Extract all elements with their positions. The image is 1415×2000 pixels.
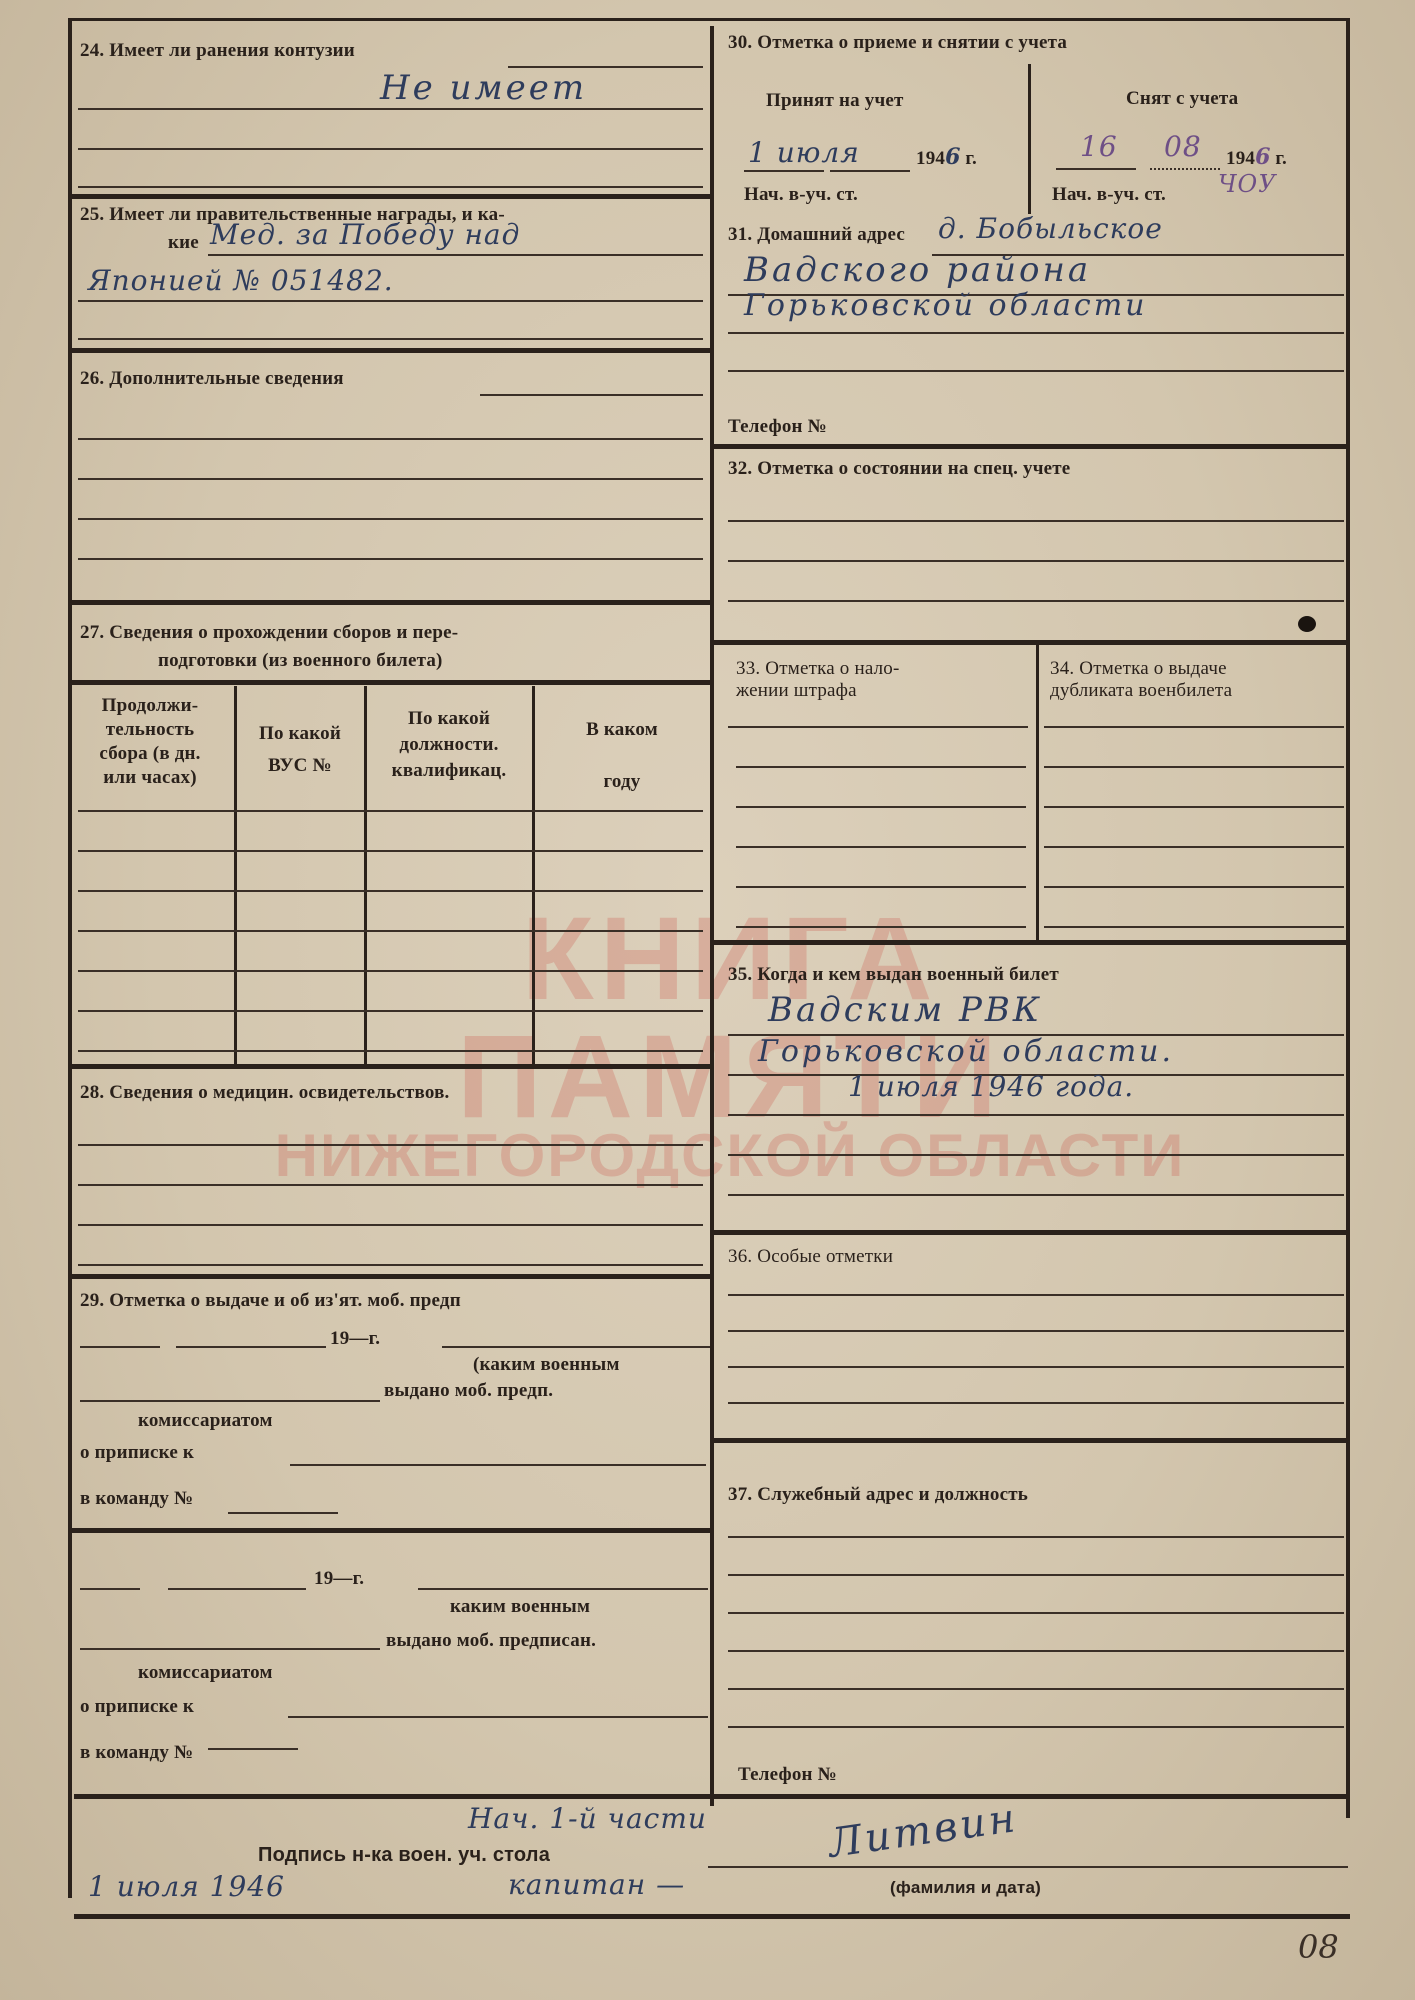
section-24-value: Не имеет bbox=[380, 68, 587, 108]
signature-label: Подпись н-ка воен. уч. стола bbox=[258, 1844, 550, 1867]
section-37-label: 37. Служебный адрес и должность bbox=[728, 1484, 1028, 1506]
section-34-label: 34. Отметка о выдачедубликата военбилета bbox=[1050, 658, 1232, 702]
removed-day: 16 bbox=[1080, 130, 1118, 163]
accepted-date: 1 июля bbox=[748, 136, 860, 169]
column-header-vus: По какойВУС № bbox=[236, 718, 364, 782]
section-28-label: 28. Сведения о медицин. освидетельствов. bbox=[80, 1082, 450, 1104]
section-27-label: 27. Сведения о прохождении сборов и пере… bbox=[80, 622, 458, 644]
table-row bbox=[78, 890, 703, 892]
registration-card: 24. Имеет ли ранения контузии Не имеет 2… bbox=[68, 18, 1350, 1898]
signature-rank: капитан — bbox=[508, 1868, 685, 1901]
section-26-label: 26. Дополнительные сведения bbox=[80, 368, 344, 390]
section-24-label: 24. Имеет ли ранения контузии bbox=[80, 40, 355, 62]
signature-caption: (фамилия и дата) bbox=[890, 1878, 1041, 1898]
column-header-position: По какойдолжности.квалификац. bbox=[366, 706, 532, 784]
section-33-label: 33. Отметка о нало-жении штрафа bbox=[736, 658, 900, 702]
table-row bbox=[78, 970, 703, 972]
top-border bbox=[68, 18, 1350, 21]
section-25-value-line1: Мед. за Победу над bbox=[210, 218, 520, 251]
signature-date: 1 июля 1946 bbox=[88, 1870, 285, 1903]
removed-title: Снят с учета bbox=[1126, 88, 1238, 110]
military-id-date: 1 июля 1946 года. bbox=[848, 1070, 1134, 1103]
section-29-label: 29. Отметка о выдаче и об из'ят. моб. пр… bbox=[80, 1290, 461, 1312]
column-header-duration: Продолжи-тельность сбора (в дн.или часах… bbox=[68, 694, 232, 790]
military-id-region: Горьковской области. bbox=[758, 1034, 1174, 1069]
section-25-value-line2: Японией № 051482. bbox=[88, 264, 394, 297]
address-line1: д. Бобыльское bbox=[938, 212, 1163, 245]
home-phone-label: Телефон № bbox=[728, 416, 827, 438]
left-border bbox=[68, 18, 72, 1898]
center-divider bbox=[710, 26, 714, 1806]
work-phone-label: Телефон № bbox=[738, 1764, 837, 1786]
removed-month: 08 bbox=[1164, 130, 1202, 163]
accepted-title: Принят на учет bbox=[766, 90, 904, 112]
table-row bbox=[78, 1010, 703, 1012]
corner-mark: 08 bbox=[1298, 1928, 1339, 1966]
section-31-label: 31. Домашний адрес bbox=[728, 224, 905, 246]
military-id-issuer: Вадским РВК bbox=[768, 990, 1042, 1030]
address-line3: Горьковской области bbox=[744, 288, 1147, 323]
section-36-label: 36. Особые отметки bbox=[728, 1246, 893, 1268]
section-32-label: 32. Отметка о состоянии на спец. учете bbox=[728, 458, 1070, 480]
signature: Литвин bbox=[826, 1795, 1021, 1867]
address-line2: Вадского района bbox=[744, 250, 1091, 290]
column-header-year: В какомгоду bbox=[534, 704, 710, 808]
section-30-label: 30. Отметка о приеме и снятии с учета bbox=[728, 32, 1067, 54]
right-border bbox=[1346, 18, 1350, 1818]
section-35-label: 35. Когда и кем выдан военный билет bbox=[728, 964, 1059, 986]
table-row bbox=[78, 850, 703, 852]
signature-title: Нач. 1-й части bbox=[468, 1802, 707, 1835]
table-row bbox=[78, 930, 703, 932]
punch-hole bbox=[1298, 616, 1316, 632]
